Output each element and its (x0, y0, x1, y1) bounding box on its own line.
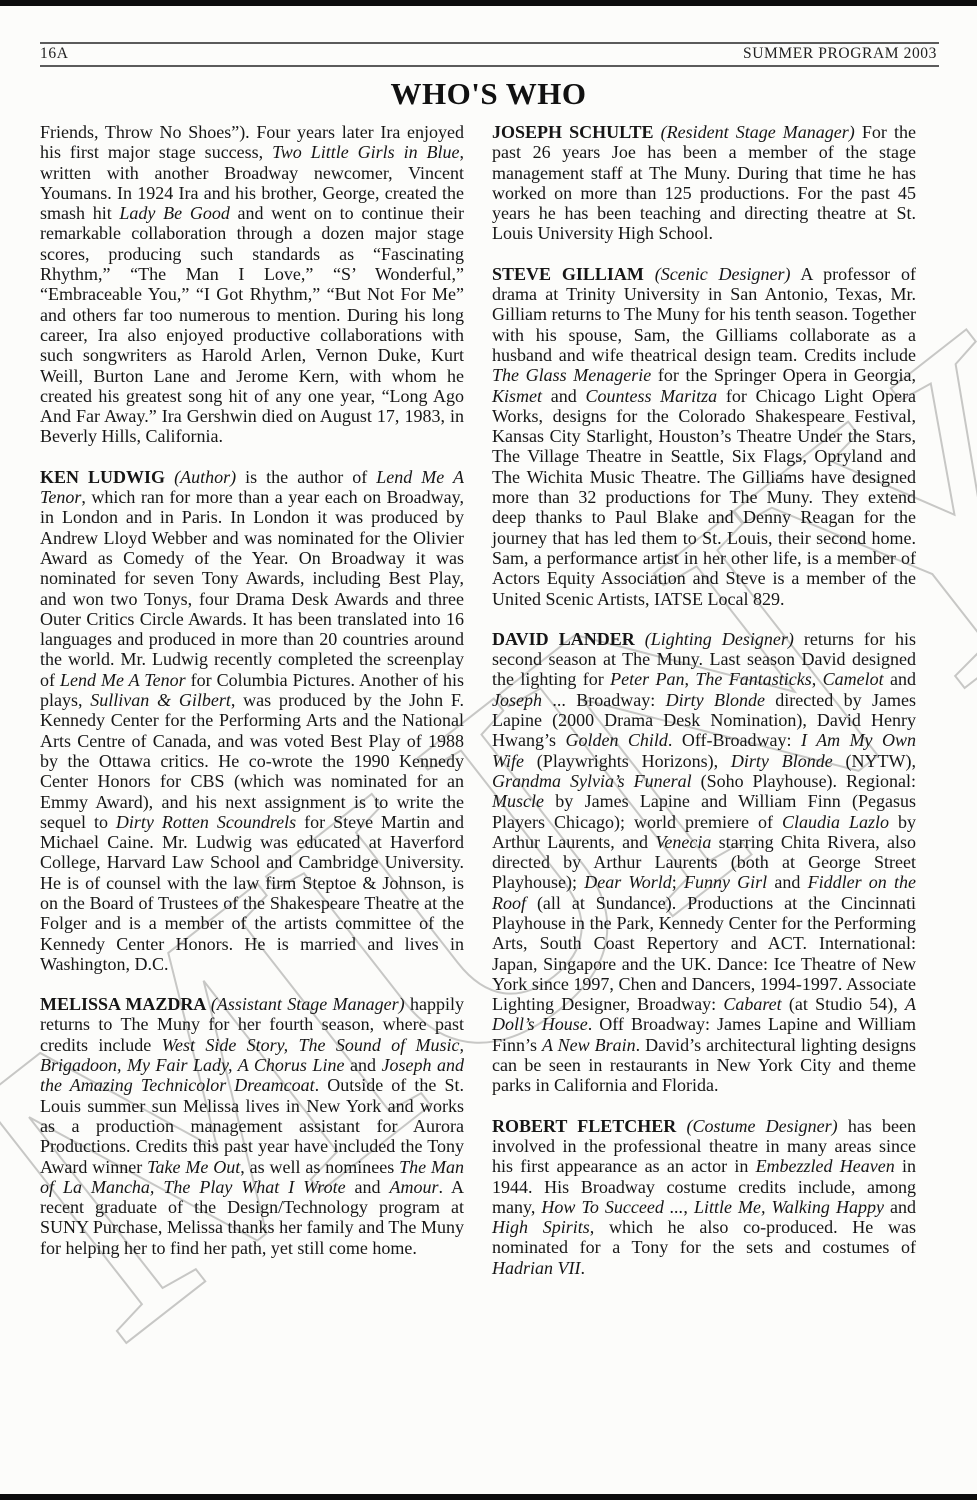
bio-text: Sullivan & Gilbert (90, 690, 231, 710)
bio-text: is the author of (236, 467, 376, 487)
program-page: 16A SUMMER PROGRAM 2003 WHO'S WHO MUNY F… (0, 0, 977, 1500)
bio-text: Grandma Sylvia’s Funeral (492, 771, 692, 791)
bio-text: , (812, 669, 823, 689)
bio-role: (Lighting Designer) (645, 629, 794, 649)
bio-text: and (884, 1197, 916, 1217)
bio-text: . Off-Broadway: (668, 730, 801, 750)
bio-role: (Author) (174, 467, 236, 487)
bio-text: Two Little Girls in Blue (272, 142, 459, 162)
bio-text: Cabaret (723, 994, 781, 1014)
bio-text: Countess Maritza (585, 386, 717, 406)
bio-text: The Glass Menagerie (492, 365, 651, 385)
bio-name: STEVE GILLIAM (492, 264, 655, 284)
left-column: Friends, Throw No Shoes”). Four years la… (40, 122, 464, 1298)
bio-text: and (344, 1055, 381, 1075)
bio-text: Dear World (584, 872, 672, 892)
bio-text: (Playwrights Horizons), (524, 751, 731, 771)
bio-text: Little Me, Walking Happy (694, 1197, 884, 1217)
right-column: JOSEPH SCHULTE (Resident Stage Manager) … (492, 122, 916, 1298)
bio-columns: Friends, Throw No Shoes”). Four years la… (40, 122, 916, 1298)
header-rule-bottom (40, 65, 939, 67)
bio-paragraph: KEN LUDWIG (Author) is the author of Len… (40, 467, 464, 974)
bio-paragraph: JOSEPH SCHULTE (Resident Stage Manager) … (492, 122, 916, 244)
bio-text: Joseph (492, 690, 542, 710)
bio-text: Muscle (492, 791, 544, 811)
bio-text: Lady Be Good (119, 203, 229, 223)
bio-paragraph: Friends, Throw No Shoes”). Four years la… (40, 122, 464, 447)
bio-text: Golden Child (565, 730, 667, 750)
bio-text: and (346, 1177, 390, 1197)
bio-text: for the Springer Opera in Georgia, (651, 365, 916, 385)
bio-text: . (581, 1258, 586, 1278)
bio-text: for Chicago Light Opera Works, designs f… (492, 386, 916, 609)
bio-paragraph: STEVE GILLIAM (Scenic Designer) A profes… (492, 264, 916, 609)
bio-text: Venecia (655, 832, 711, 852)
bio-text: Peter Pan (610, 669, 684, 689)
bio-text: Dirty Blonde (731, 751, 833, 771)
bio-text: Take Me Out (147, 1157, 240, 1177)
bio-text: Dirty Rotten Scoundrels (116, 812, 296, 832)
bio-text: , was produced by the John F. Kennedy Ce… (40, 690, 464, 832)
bio-text: Claudia Lazlo (782, 812, 889, 832)
bio-text: , (683, 1197, 694, 1217)
bio-role: (Resident Stage Manager) (661, 122, 855, 142)
bio-text: and went on to continue their remarkable… (40, 203, 464, 446)
bio-text: (Soho Playhouse). Regional: (692, 771, 916, 791)
bio-text: How To Succeed ... (541, 1197, 683, 1217)
bio-text: Hadrian VII (492, 1258, 581, 1278)
bio-text: Camelot (823, 669, 884, 689)
bio-role: (Assistant Stage Manager) (211, 994, 405, 1014)
bio-text: Lend Me A Tenor (60, 670, 186, 690)
bio-name: MELISSA MAZDRA (40, 994, 211, 1014)
bio-text: High Spirits (492, 1217, 590, 1237)
bio-paragraph: ROBERT FLETCHER (Costume Designer) has b… (492, 1116, 916, 1278)
bio-text: Embezzled Heaven (756, 1156, 895, 1176)
bio-text: Funny Girl (684, 872, 767, 892)
bio-paragraph: MELISSA MAZDRA (Assistant Stage Manager)… (40, 994, 464, 1258)
page-header: 16A SUMMER PROGRAM 2003 (40, 0, 939, 67)
page-number: 16A (40, 45, 69, 63)
bio-text: ... Broadway: (542, 690, 666, 710)
bio-paragraph: DAVID LANDER (Lighting Designer) returns… (492, 629, 916, 1096)
bio-role: (Costume Designer) (686, 1116, 837, 1136)
bio-text: , which ran for more than a year each on… (40, 487, 464, 690)
bio-text: Amour (390, 1177, 439, 1197)
header-row: 16A SUMMER PROGRAM 2003 (40, 44, 939, 65)
bio-text: for Steve Martin and Michael Caine. Mr. … (40, 812, 464, 974)
bio-text: , as well as nominees (240, 1157, 399, 1177)
bio-text: Kismet (492, 386, 542, 406)
bio-name: JOSEPH SCHULTE (492, 122, 661, 142)
bio-text: The Fantasticks (695, 669, 811, 689)
bio-text: and (767, 872, 807, 892)
bio-text: and (884, 669, 916, 689)
section-title: WHO'S WHO (0, 76, 977, 112)
bio-role: (Scenic Designer) (655, 264, 791, 284)
bio-name: DAVID LANDER (492, 629, 645, 649)
bio-text: and (542, 386, 585, 406)
bio-text: (at Studio 54), (782, 994, 905, 1014)
bio-text: , (684, 669, 695, 689)
scan-edge-bottom (0, 1494, 977, 1500)
bio-text: ; (672, 872, 684, 892)
bio-text: Dirty Blonde (666, 690, 765, 710)
bio-name: ROBERT FLETCHER (492, 1116, 686, 1136)
bio-text: A New Brain (542, 1035, 636, 1055)
bio-name: KEN LUDWIG (40, 467, 174, 487)
program-title: SUMMER PROGRAM 2003 (743, 45, 937, 63)
bio-text: (NYTW), (833, 751, 916, 771)
